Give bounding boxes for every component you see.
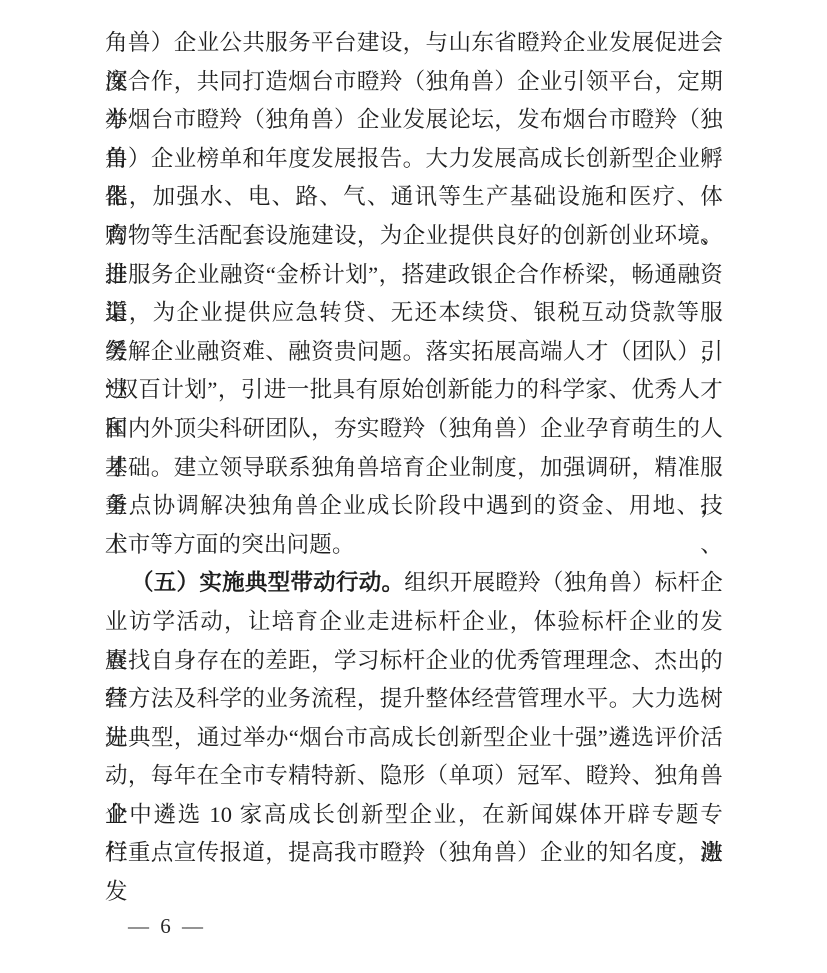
- page-number: — 6 —: [128, 914, 206, 939]
- section-heading: （五）实施典型带动行动。: [131, 570, 404, 595]
- document-body: 角兽）企业公共服务平台建设，与山东省瞪羚企业发展促进会深度合作，共同打造烟台市瞪…: [105, 24, 723, 873]
- text-line: 办烟台市瞪羚（独角兽）企业发展论坛，发布烟台市瞪羚（独角: [105, 101, 723, 140]
- text-line-content: 进典型，通过举办“烟台市高成长创新型企业十强”遴选评价活: [105, 725, 723, 750]
- text-line: 营方法及科学的业务流程，提升整体经营管理水平。大力选树先: [105, 680, 723, 719]
- text-line: 基础。建立领导联系独角兽培育企业制度，加强调研，精准服务，: [105, 449, 723, 488]
- text-line: 动，每年在全市专精特新、隐形（单项）冠军、瞪羚、独角兽企: [105, 757, 723, 796]
- text-line: 查找自身存在的差距，学习标杆企业的优秀管理理念、杰出的经: [105, 642, 723, 681]
- text-line: 行重点宣传报道，提高我市瞪羚（独角兽）企业的知名度，激发: [105, 834, 723, 873]
- text-line: 角兽）企业公共服务平台建设，与山东省瞪羚企业发展促进会深: [105, 24, 723, 63]
- text-line: 道，为企业提供应急转贷、无还本续贷、银税互动贷款等服务，: [105, 294, 723, 333]
- text-line: 缓解企业融资难、融资贵问题。落实拓展高端人才（团队）引进: [105, 333, 723, 372]
- text-line: 购物等生活配套设施建设，为企业提供良好的创新创业环境。推: [105, 217, 723, 256]
- text-line: 业中遴选 10 家高成长创新型企业，在新闻媒体开辟专题专栏，进: [105, 796, 723, 835]
- text-line: 业访学活动，让培育企业走进标杆企业，体验标杆企业的发展，: [105, 603, 723, 642]
- text-line: 度合作，共同打造烟台市瞪羚（独角兽）企业引领平台，定期举: [105, 63, 723, 102]
- text-line-content: 行重点宣传报道，提高我市瞪羚（独角兽）企业的知名度，激发: [105, 840, 723, 904]
- text-line: 器，加强水、电、路、气、通讯等生产基础设施和医疗、体育、: [105, 178, 723, 217]
- text-line-content: 组织开展瞪羚（独角兽）标杆企: [404, 570, 723, 595]
- text-line: （五）实施典型带动行动。组织开展瞪羚（独角兽）标杆企: [105, 564, 723, 603]
- text-line: 国内外顶尖科研团队，夯实瞪羚（独角兽）企业孕育萌生的人才: [105, 410, 723, 449]
- text-line-content: 上市等方面的突出问题。: [105, 532, 355, 557]
- text-line: 进典型，通过举办“烟台市高成长创新型企业十强”遴选评价活: [105, 719, 723, 758]
- text-line: 重点协调解决独角兽企业成长阶段中遇到的资金、用地、技术、: [105, 487, 723, 526]
- text-line: “双百计划”，引进一批具有原始创新能力的科学家、优秀人才和: [105, 371, 723, 410]
- text-line: 进服务企业融资“金桥计划”，搭建政银企合作桥梁，畅通融资渠: [105, 256, 723, 295]
- text-line: 兽）企业榜单和年度发展报告。大力发展高成长创新型企业孵化: [105, 140, 723, 179]
